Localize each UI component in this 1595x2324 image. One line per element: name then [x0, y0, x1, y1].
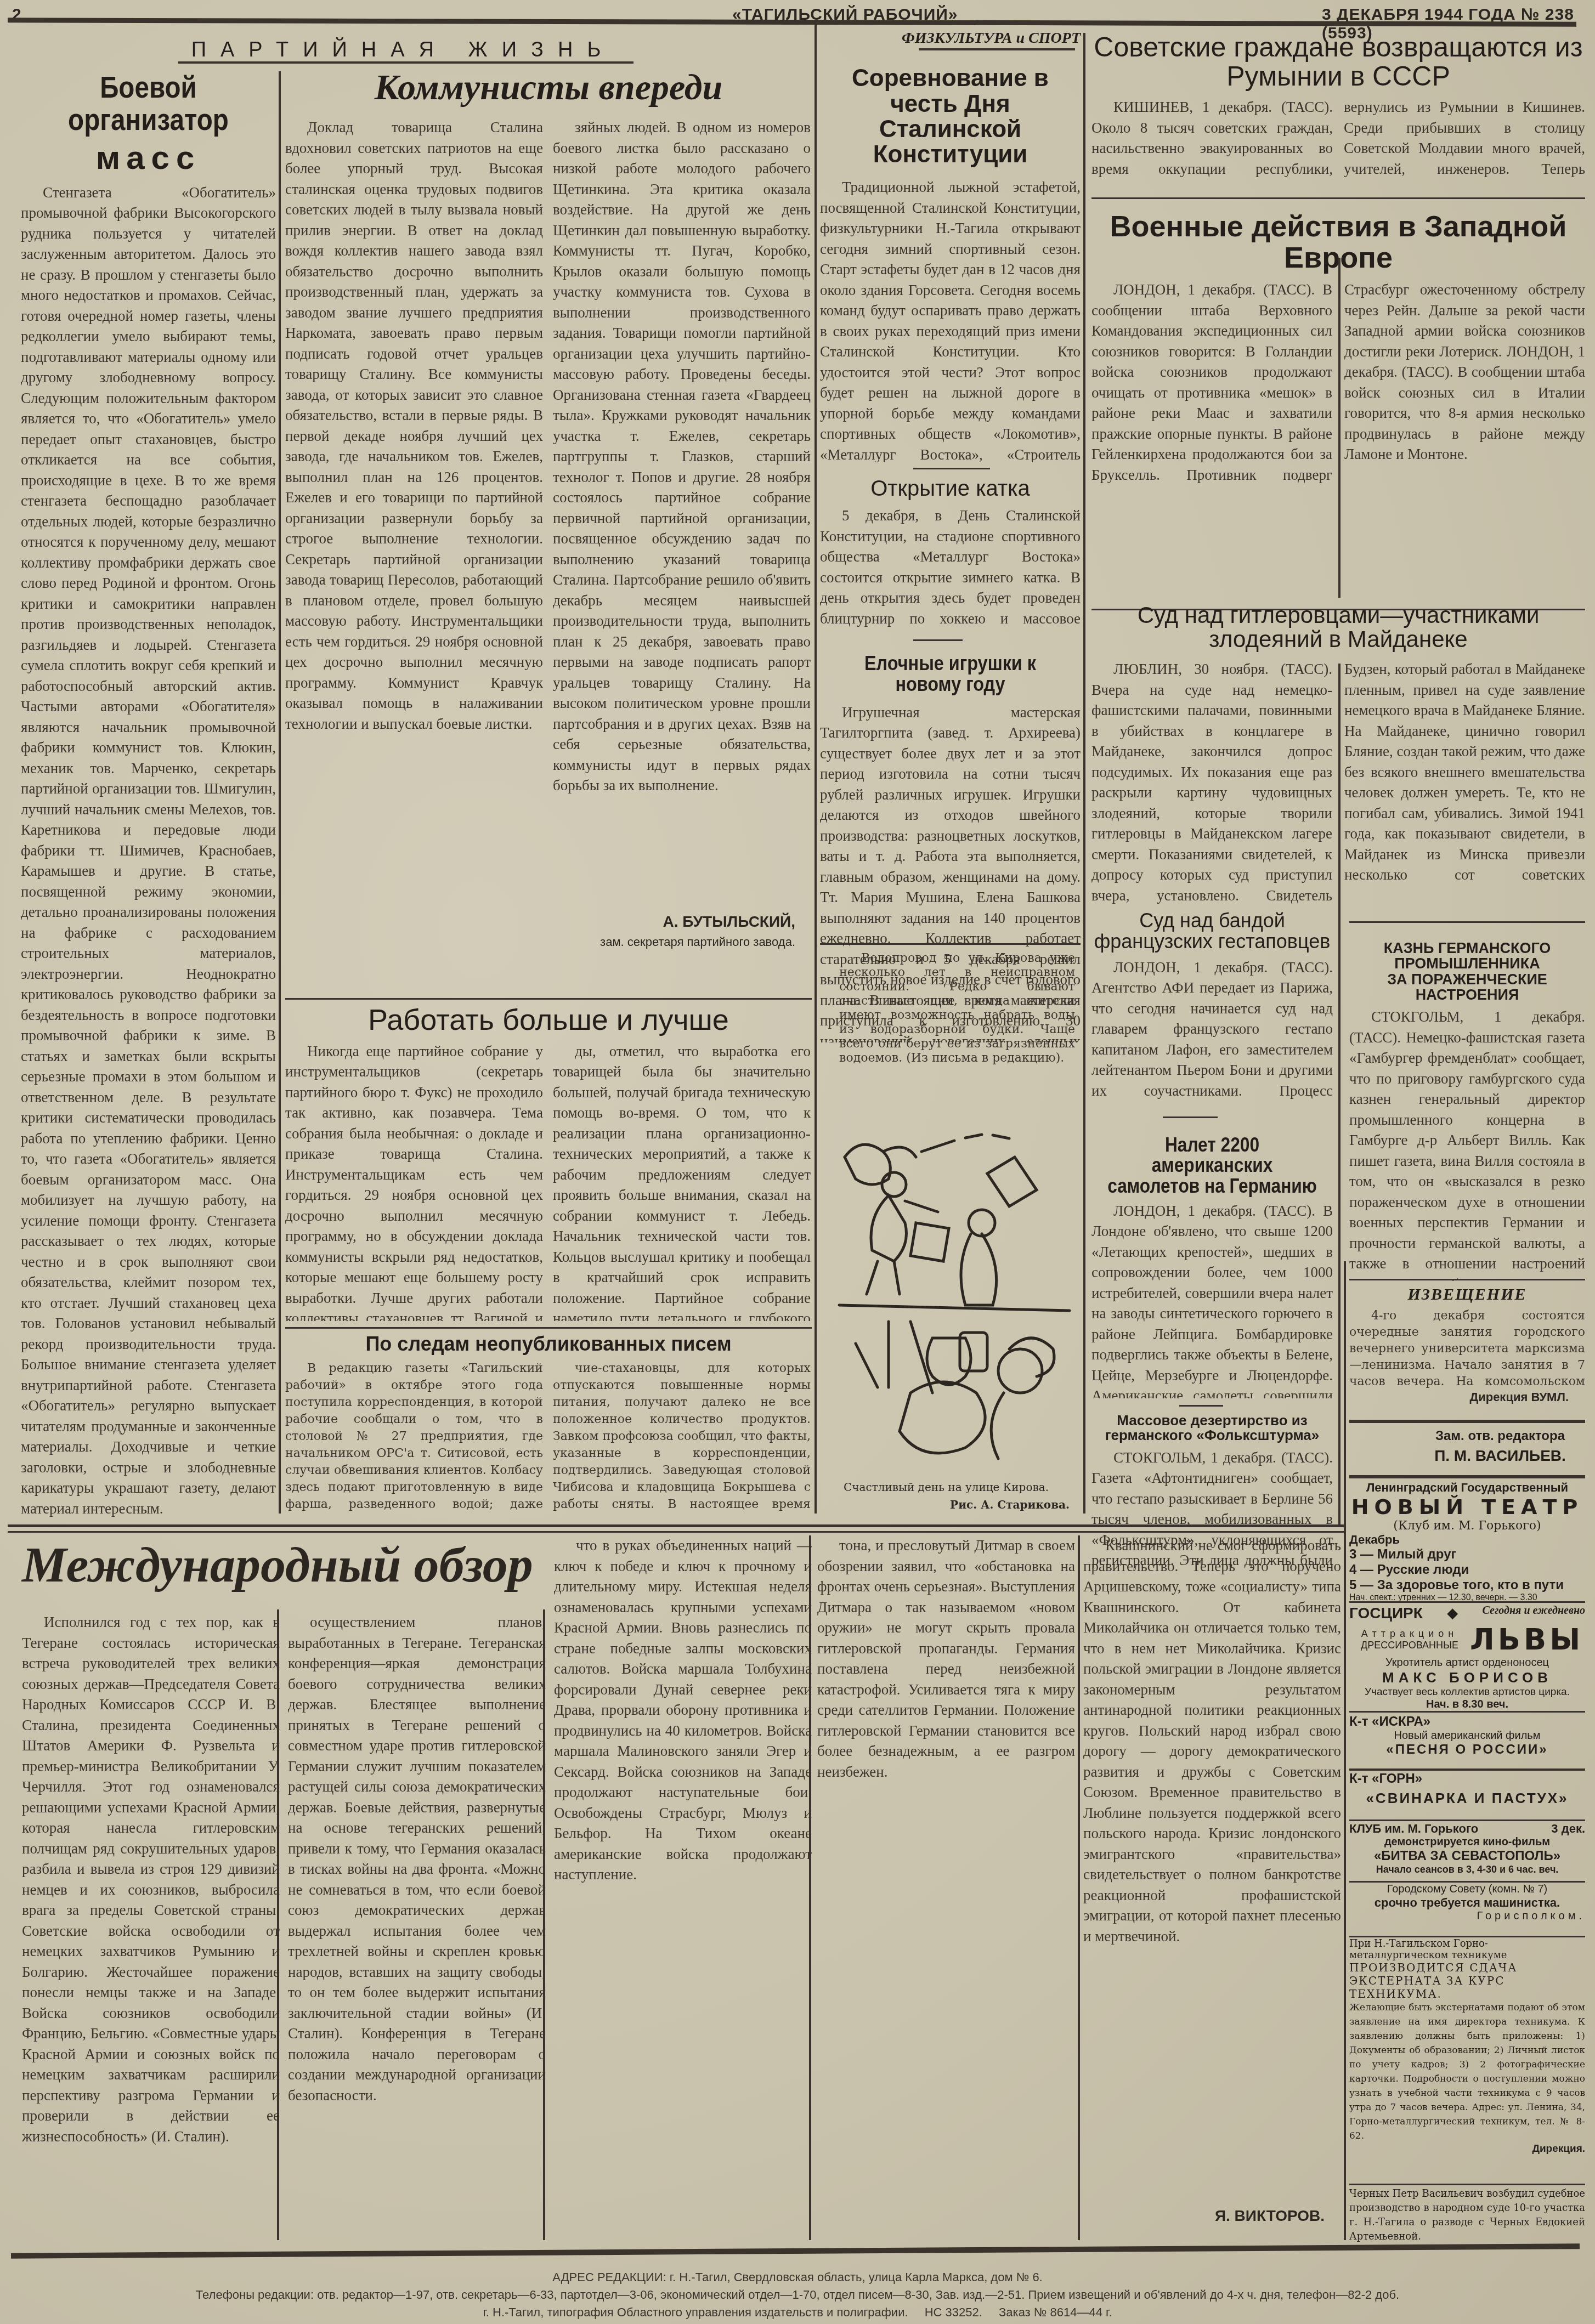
- ad-title: ЛЬВЫ: [1470, 1622, 1583, 1657]
- article-body-col4: тона, и пресловутый Дитмар в своем обозр…: [817, 1535, 1075, 2232]
- separator: [1091, 197, 1585, 199]
- notice: ИЗВЕЩЕНИЕ 4-го декабря состоятся очередн…: [1349, 1286, 1585, 1404]
- separator: [1179, 1405, 1223, 1407]
- article-kazn-promyshlennika: КАЗНЬ ГЕРМАНСКОГО ПРОМЫШЛЕННИКА ЗА ПОРАЖ…: [1349, 921, 1585, 1281]
- footer-printer-line: г. Н.-Тагил, типография Областного управ…: [0, 2305, 1595, 2320]
- headline-line1: КАЗНЬ ГЕРМАНСКОГО: [1349, 940, 1585, 956]
- footer-printer: г. Н.-Тагил, типография Областного управ…: [483, 2305, 908, 2319]
- ad-signature: Дирекция.: [1349, 2143, 1585, 2155]
- article-sovetskie-grazhdane: Советские граждане возвращаются из Румын…: [1091, 33, 1585, 179]
- headline-line2: масс: [21, 140, 276, 175]
- editor-role: Зам. отв. редактора: [1349, 1429, 1585, 1444]
- headline: Елочные игрушки к новому году: [833, 653, 1068, 695]
- article-body-col2: зяйных людей. В одном из номеров боевого…: [553, 117, 811, 874]
- headline: Открытие катка: [820, 477, 1081, 500]
- section-divider: [8, 1531, 1346, 1533]
- article-kommunisty-vperedi: Коммунисты впереди Доклад товарища Стали…: [285, 69, 812, 945]
- ad-novyi-teatr: Ленинградский Государственный НОВЫЙ ТЕАТ…: [1349, 1481, 1585, 1603]
- ad-divorce: Черных Петр Васильевич возбудил судебное…: [1349, 2187, 1585, 2244]
- rubric-underline: [178, 61, 634, 64]
- article-body-col1: Доклад товарища Сталина вдохновил советс…: [285, 117, 543, 945]
- separator: [1163, 1116, 1218, 1118]
- separator: [1349, 921, 1585, 923]
- separator: [1349, 1475, 1585, 1478]
- ad-item: 5 — За здоровье того, кто в пути: [1349, 1578, 1585, 1593]
- ad-gorn: К-т «ГОРН» «СВИНАРКА И ПАСТУХ»: [1349, 1771, 1585, 1807]
- ad-title: «БИТВА ЗА СЕВАСТОПОЛЬ»: [1349, 1849, 1585, 1864]
- article-body-col1: Исполнился год с тех пор, как в Тегеране…: [22, 1612, 280, 2232]
- headline-line2: ПРОМЫШЛЕННИКА: [1349, 956, 1585, 971]
- article-body-col2: чие-стахановцы, для которых отпускаются …: [553, 1360, 811, 1514]
- editor-block: Зам. отв. редактора П. М. ВАСИЛЬЕВ.: [1349, 1429, 1585, 1465]
- column-divider: [1083, 33, 1085, 1514]
- column-divider: [277, 1609, 279, 2240]
- separator: [1349, 1936, 1585, 1937]
- ad-line: Сегодня и ежедневно: [1483, 1605, 1585, 1622]
- rubric-underline: [919, 48, 1075, 50]
- article-sud-gestapovcy: Суд над бандой французских гестаповцев Л…: [1091, 910, 1333, 1574]
- headline: Коммунисты впереди: [285, 69, 812, 106]
- diamond-icon: ◆: [1447, 1605, 1458, 1622]
- footer-rule: [11, 2243, 1580, 2258]
- cartoon-caption: Счастливый день на улице Кирова.: [823, 1481, 1070, 1494]
- article-body: ЛОНДОН, 1 декабря. (ТАСС). Агентство АФИ…: [1091, 957, 1333, 1100]
- column-divider: [809, 1535, 811, 2240]
- ad-technikum: При Н.-Тагильском Горно-металлургическом…: [1349, 1938, 1585, 2155]
- ad-title: «СВИНАРКА И ПАСТУХ»: [1349, 1790, 1585, 1807]
- editor-name: П. М. ВАСИЛЬЕВ.: [1349, 1447, 1585, 1465]
- ad-iskra: К-т «ИСКРА» Новый американский фильм «ПЕ…: [1349, 1714, 1585, 1758]
- signature: А. БУТЫЛЬСКИЙ,: [554, 913, 795, 931]
- ad-item: 3 — Милый друг: [1349, 1547, 1585, 1562]
- ad-month: Декабрь: [1349, 1533, 1585, 1547]
- ad-line: демонстрируется кино-фильм: [1349, 1836, 1585, 1849]
- headline: По следам неопубликованных писем: [285, 1334, 812, 1354]
- ad-footer: Начало сеансов в 3, 4-30 и 6 час. веч.: [1349, 1864, 1585, 1875]
- headline: Работать больше и лучше: [285, 1005, 812, 1036]
- separator: [1349, 1420, 1585, 1423]
- column-divider: [1344, 1261, 1346, 2240]
- article-body: СТОКГОЛЬМ, 1 декабря. (ТАСС). Немецко-фа…: [1349, 1007, 1585, 1281]
- notice-body: 4-го декабря состоятся очередные занятия…: [1349, 1308, 1585, 1390]
- ad-text: Черных Петр Васильевич возбудил судебное…: [1349, 2187, 1585, 2244]
- ad-line: Ленинградский Государственный: [1349, 1481, 1585, 1495]
- ad-footer: Нач. в 8.30 веч.: [1349, 1698, 1585, 1711]
- rubric-sport: ФИЗКУЛЬТУРА и СПОРТ: [820, 30, 1081, 46]
- separator: [913, 639, 963, 641]
- separator: [285, 998, 812, 1000]
- column-divider: [815, 22, 817, 1514]
- separator: [1349, 1768, 1585, 1771]
- article-rabotat-bolshe: Работать больше и лучше Никогда еще парт…: [285, 1005, 812, 1321]
- ad-line: Новый американский фильм: [1349, 1730, 1585, 1742]
- rubric-party-life: ПАРТИЙНАЯ ЖИЗНЬ: [176, 39, 631, 61]
- section-sport: ФИЗКУЛЬТУРА и СПОРТ Соревнование в честь…: [820, 30, 1081, 1042]
- article-body-col2: ды, отметил, что выработка его товарищей…: [553, 1041, 811, 1321]
- ad-line: К-т «ГОРН»: [1349, 1771, 1585, 1787]
- headline: Советские граждане возвращаются из Румын…: [1091, 33, 1585, 90]
- separator: [1349, 2184, 1585, 2185]
- ad-date: 3 дек.: [1551, 1822, 1585, 1836]
- ad-typist: Городскому Совету (комн. № 7) срочно тре…: [1349, 1883, 1585, 1923]
- separator: [1349, 1881, 1585, 1883]
- article-body-col3: что в руках объединенных наций — ключ к …: [554, 1535, 812, 2232]
- newspaper-page: 2 «ТАГИЛЬСКИЙ РАБОЧИЙ» 3 ДЕКАБРЯ 1944 ГО…: [0, 0, 1595, 2324]
- column-divider: [1078, 1535, 1080, 2240]
- notice-signature: Дирекция ВУМЛ.: [1349, 1390, 1585, 1404]
- ad-line: К-т «ИСКРА»: [1349, 1714, 1585, 1730]
- letter-snippet: Водопровод по ул. Кирова уже несколько л…: [839, 951, 1075, 1099]
- ad-line: Аттракцион: [1349, 1628, 1470, 1640]
- ad-subtitle: (Клуб им. М. Горького): [1349, 1519, 1585, 1533]
- signature-role: зам. секретаря партийного завода.: [554, 935, 795, 949]
- ad-line: Укротитель артист орденоносец: [1349, 1657, 1585, 1669]
- ad-line: Участвует весь коллектив артистов цирка.: [1349, 1686, 1585, 1698]
- article-body-col1: В редакцию газеты «Тагильский рабочий» в…: [285, 1360, 543, 1514]
- article-body: 5 декабря, в День Сталинской Конституции…: [820, 506, 1081, 632]
- separator: [820, 943, 1081, 945]
- cartoon-illustration: [823, 1113, 1081, 1464]
- ad-line: КЛУБ им. М. Горького: [1349, 1822, 1478, 1836]
- ad-club-gorkogo: КЛУБ им. М. Горького 3 дек. демонстрируе…: [1349, 1822, 1585, 1875]
- footer: АДРЕС РЕДАКЦИИ: г. Н.-Тагил, Свердловска…: [0, 2270, 1595, 2320]
- headline: Суд над гитлеровцами—участниками злодеян…: [1091, 603, 1585, 651]
- ad-line: Городскому Совету (комн. № 7): [1349, 1883, 1585, 1896]
- ad-text: Желающие быть экстернатами подают об это…: [1349, 2000, 1585, 2143]
- cartoon-caption-block: Счастливый день на улице Кирова. Рис. А.…: [823, 1481, 1070, 1511]
- separator: [285, 1327, 812, 1329]
- cartoon-credit: Рис. А. Старикова.: [823, 1498, 1070, 1511]
- headline: Суд над бандой французских гестаповцев: [1091, 910, 1333, 952]
- headline: Соревнование в честь Дня Сталинской Конс…: [820, 66, 1081, 167]
- ad-line: ДРЕССИРОВАННЫЕ: [1349, 1640, 1470, 1651]
- ad-goscirk: ГОСЦИРК ◆ Сегодня и ежедневно Аттракцион…: [1349, 1605, 1585, 1711]
- article-po-sledam-pisem: По следам неопубликованных писем В редак…: [285, 1334, 812, 1514]
- separator: [1349, 1711, 1585, 1713]
- signature: Я. ВИКТОРОВ.: [1083, 2207, 1325, 2225]
- headline: Налет 2200 американских самолетов на Гер…: [1106, 1135, 1318, 1197]
- ad-title: НОВЫЙ ТЕАТР: [1349, 1495, 1585, 1519]
- ad-item: 4 — Русские люди: [1349, 1562, 1585, 1578]
- article-body: КИШИНЕВ, 1 декабря. (ТАСС). Около 8 тыся…: [1091, 97, 1585, 179]
- footer-phones: Телефоны редакции: отв. редактор—1-97, о…: [0, 2288, 1595, 2302]
- footer-censor: НС 33252.: [925, 2305, 982, 2319]
- headline-line3: ЗА ПОРАЖЕНЧЕСКИЕ: [1349, 972, 1585, 987]
- separator: [913, 468, 990, 469]
- article-body-col2: осуществлением планов, выработанных в Те…: [288, 1612, 546, 2232]
- ad-title: ПРОИЗВОДИТСЯ СДАЧА ЭКСТЕРНАТА ЗА КУРС ТЕ…: [1349, 1961, 1585, 2000]
- ad-title: «ПЕСНЯ О РОССИИ»: [1349, 1742, 1585, 1758]
- article-boevoi-organizator: Боевой организатор масс Стенгазета «Обог…: [21, 71, 276, 1543]
- ad-line: ГОСЦИРК: [1349, 1605, 1423, 1622]
- notice-title: ИЗВЕЩЕНИЕ: [1349, 1286, 1585, 1303]
- article-mezhdunarodnyi-obzor: Международный обзор Исполнился год с тех…: [22, 1535, 1344, 1594]
- separator: [1349, 1819, 1585, 1821]
- headline: Боевой организатор: [40, 71, 257, 136]
- headline-line4: НАСТРОЕНИЯ: [1349, 987, 1585, 1002]
- headline: Международный обзор: [22, 1535, 548, 1594]
- ad-title: срочно требуется машинистка.: [1349, 1896, 1585, 1910]
- column-divider: [1338, 664, 1341, 1524]
- column-divider: [1338, 258, 1341, 598]
- ad-name: МАКС БОРИСОВ: [1349, 1669, 1585, 1686]
- ad-signature: Горисполком.: [1349, 1910, 1585, 1923]
- ad-text: При Н.-Тагильском Горно-металлургическом…: [1349, 1938, 1585, 1961]
- headline: Массовое дезертирство из германского «Фо…: [1091, 1413, 1333, 1443]
- article-body-col1: Никогда еще партийное собрание у инструм…: [285, 1041, 543, 1321]
- article-body: Стенгазета «Обогатитель» промывочной фаб…: [21, 183, 276, 1543]
- separator: [1349, 1601, 1585, 1603]
- section-divider: [8, 1524, 1346, 1527]
- footer-order: Заказ № 8614—44 г.: [999, 2305, 1112, 2319]
- footer-address: АДРЕС РЕДАКЦИИ: г. Н.-Тагил, Свердловска…: [0, 2270, 1595, 2285]
- article-body: ЛОНДОН, 1 декабря. (ТАСС). В Лондоне об'…: [1091, 1201, 1333, 1398]
- column-divider: [279, 71, 281, 1514]
- separator: [1349, 1279, 1585, 1280]
- article-body: Традиционной лыжной эстафетой, посвященн…: [820, 177, 1081, 462]
- column-divider: [543, 1609, 545, 2240]
- article-body-col5: Квашнинский не смог сформировать правите…: [1083, 1535, 1341, 2193]
